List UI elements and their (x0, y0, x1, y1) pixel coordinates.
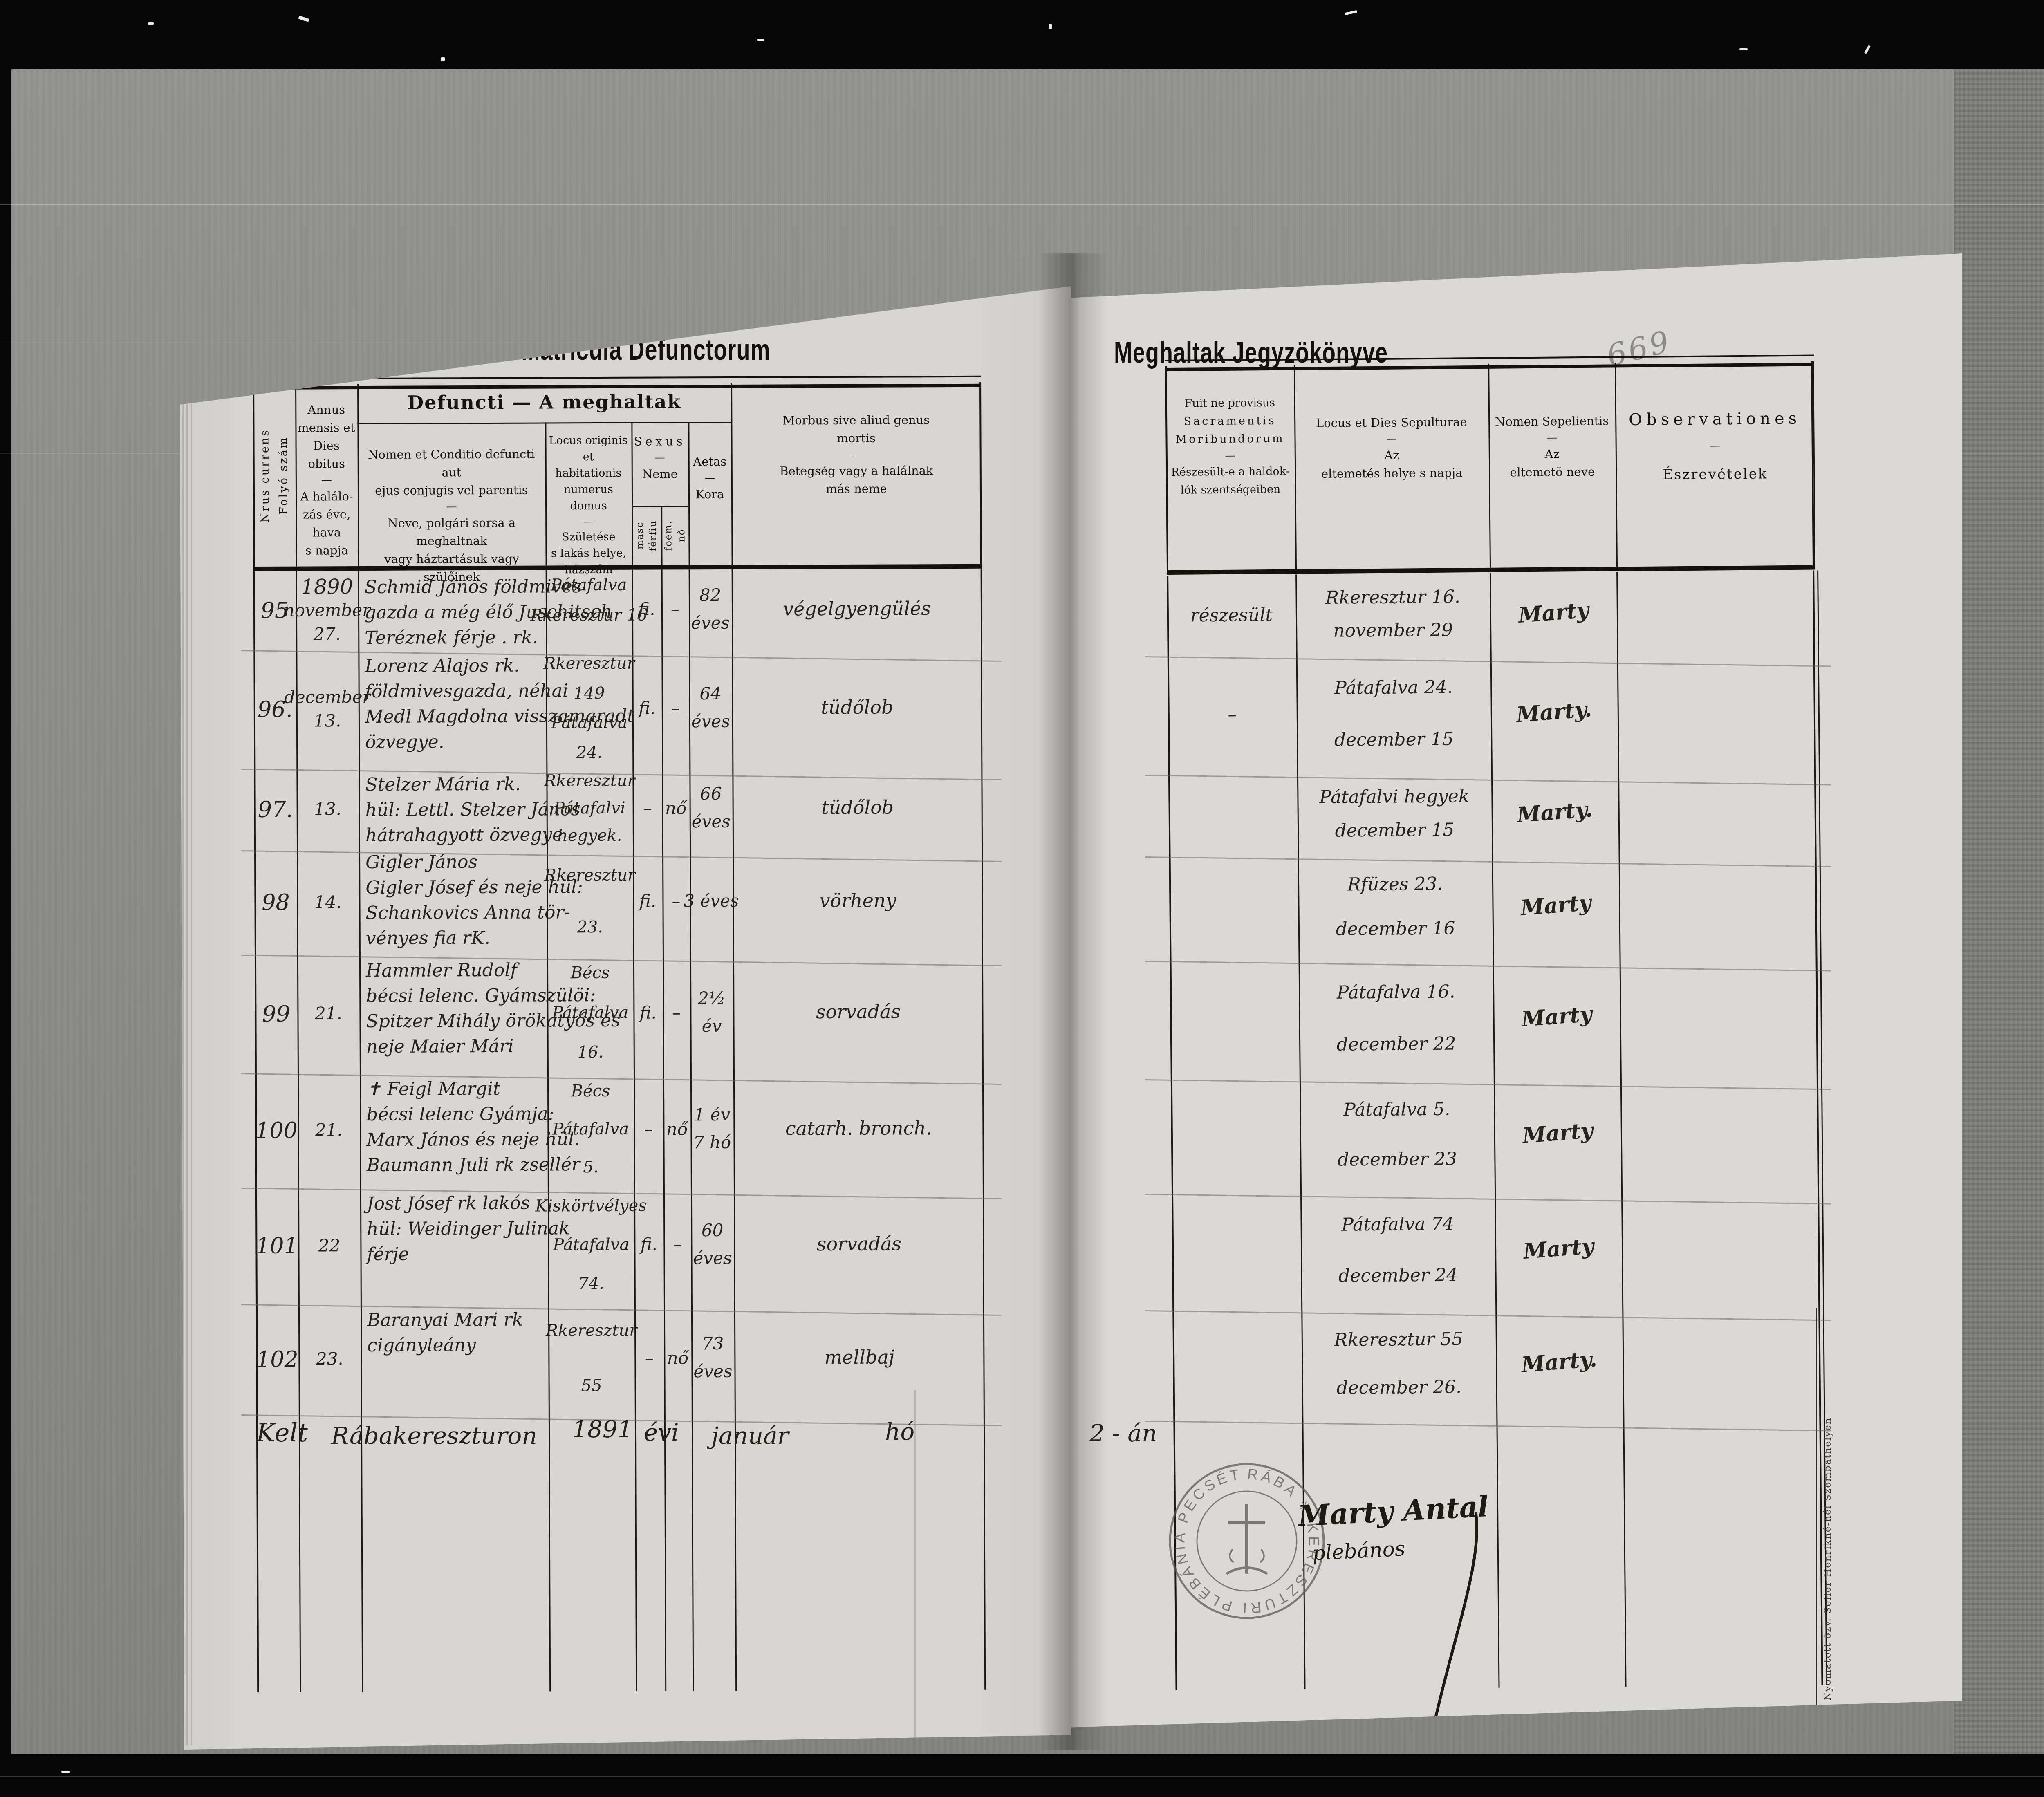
age-cell: 64 éves (689, 648, 732, 767)
hw-line: Marx János és neje hül. (366, 1127, 546, 1153)
hw-line: 64 (699, 684, 722, 704)
cause-of-death-cell: sorvadás (734, 1185, 984, 1302)
hw-line: Marty. (1515, 697, 1593, 728)
register-left-page: Matricula Defunctorum Nrus currens Folyó… (180, 286, 1071, 1750)
locus-cell: Rkeresztur 23. (547, 849, 633, 954)
hw-line: 23. (577, 916, 603, 938)
film-scratch (0, 204, 2044, 205)
sacraments-cell (1172, 1309, 1302, 1420)
name-cell: Schmid János földmives gazda a még élő J… (358, 570, 546, 650)
film-speckle (757, 39, 764, 41)
header-line: Betegség vagy a halálnak (731, 462, 982, 480)
row-number: 99 (255, 955, 298, 1073)
hw-line: 66 (700, 784, 722, 804)
name-cell: Gigler János Gigler Jósef és neje hül: S… (359, 849, 547, 954)
sex-female-cell: nő (662, 767, 690, 849)
footer-place: Rábakereszturon (331, 1422, 537, 1450)
death-date-cell: 21. (298, 1073, 360, 1188)
hw-line: bécsi lelenc Gyámja: (366, 1102, 546, 1128)
header-line: Aetas (688, 453, 731, 471)
left-table-rows: 95 1890 november 27. Schmid János földmi… (253, 569, 986, 1692)
table-row: Pátafalva 74 december 24 Marty (1172, 1188, 1821, 1310)
hw-line: 1 év (694, 1105, 730, 1125)
age-cell: 2½ év (690, 953, 733, 1071)
hw-line: Baranyai Mari rk (367, 1307, 547, 1333)
hw-line: 24. (576, 742, 603, 763)
locus-cell: Kiskörtvélyes Pátafalva 74. (548, 1186, 634, 1303)
header-line: lók szentségeiben (1166, 481, 1295, 500)
header-line: Nomen Sepelientis (1488, 412, 1615, 430)
hw-line: tüdőlob (821, 695, 893, 720)
sacraments-cell: részesült (1167, 575, 1296, 656)
burial-cell: Pátafalva 16. december 22 (1299, 958, 1494, 1078)
observations-cell (1617, 651, 1817, 771)
header-nrus-latin: Nrus currens (258, 428, 271, 522)
header-rule (688, 422, 690, 565)
hw-line: éves (691, 613, 730, 632)
cause-of-death-cell: sorvadás (733, 952, 984, 1071)
table-row: 95 1890 november 27. Schmid János földmi… (253, 569, 982, 650)
sex-female-cell: – (663, 1186, 691, 1302)
hw-line: földmivesgazda, néhai (365, 679, 545, 705)
hw-line: Schankovics Anna tör- (365, 900, 545, 926)
burying-priest-cell: Marty. (1490, 652, 1618, 772)
hw-line: 13. (314, 797, 341, 821)
film-speckle (1345, 10, 1358, 15)
imprint-rule (1816, 1308, 1820, 1741)
burial-cell: Rkeresztur 55 december 26. (1301, 1308, 1496, 1420)
sacraments-cell: – (1168, 655, 1297, 775)
footer-year: 1891 (572, 1415, 633, 1443)
hw-line: Pátafalva (553, 1234, 629, 1255)
table-row: Rfüzes 23. december 16 Marty (1169, 851, 1819, 960)
header-line: A halálo- (296, 487, 358, 506)
hw-line: 22 (318, 1234, 341, 1257)
hw-line: év (702, 1016, 722, 1036)
hw-line: 2½ (698, 988, 726, 1008)
death-date-cell: 23. (298, 1304, 361, 1414)
sacraments-cell (1170, 959, 1300, 1079)
burying-priest-cell: Marty (1494, 1076, 1621, 1191)
hw-line: vörheny (819, 887, 896, 913)
sacraments-cell (1171, 1078, 1300, 1193)
sacraments-cell (1168, 773, 1298, 856)
sex-male-cell: fi. (633, 953, 663, 1072)
sex-female-cell: – (661, 569, 689, 648)
row-number: 97. (254, 769, 297, 850)
table-row: 96. december 13. Lorenz Alajos rk. földm… (253, 648, 982, 769)
header-line: habitationis (545, 465, 632, 482)
observations-cell (1620, 955, 1820, 1076)
header-line: eltemetö neve (1489, 462, 1616, 481)
name-cell: Jost Jósef rk lakós hül: Weidinger Julin… (360, 1186, 548, 1304)
header-dash: — (688, 471, 731, 485)
hw-line: részesült (1190, 602, 1273, 628)
header-line: Nomen et Conditio defuncti aut (358, 445, 545, 482)
header-foem-latin: foem. (663, 520, 674, 551)
observations-cell (1622, 1305, 1822, 1417)
hw-line: bécsi lelenc. Gyámszülöi: (366, 983, 545, 1009)
header-line: Observationes (1615, 406, 1814, 432)
table-row: részesült Rkeresztur 16. november 29 Mar… (1167, 571, 1816, 656)
row-number: 102 (256, 1304, 299, 1414)
header-nrus: Nrus currens Folyó szám (253, 385, 296, 567)
header-line: numerus domus (545, 482, 632, 515)
hw-line: özvegye. (365, 729, 545, 755)
header-line: Dies (296, 437, 358, 455)
burying-priest-cell: Marty (1490, 572, 1617, 653)
hw-line: november 29 (1333, 617, 1453, 643)
locus-cell: Bécs Pátafalva 5. (547, 1072, 634, 1187)
stamp-cross-icon (1226, 1504, 1267, 1574)
hw-line: 1890 (301, 575, 353, 598)
sex-male-cell: – (632, 767, 662, 849)
table-row: 99 21. Hammler Rudolf bécsi lelenc. Gyám… (255, 952, 984, 1073)
table-row: 102 23. Baranyai Mari rk cigányleány Rke… (256, 1302, 985, 1414)
film-scratch (0, 1776, 2044, 1777)
hw-line: 13. (314, 709, 341, 733)
header-observationes: Observationes — Észrevételek (1615, 406, 1815, 490)
hw-line: Kiskörtvélyes (535, 1195, 647, 1217)
hw-line: hül: Weidinger Julinak (367, 1216, 546, 1242)
left-table: Nrus currens Folyó szám Annus mensis et … (253, 376, 986, 1692)
hw-line: hül: Lettl. Stelzer János (365, 797, 545, 823)
sex-male-cell: fi. (632, 649, 662, 767)
hw-line: Spitzer Mihály örökatyós és (366, 1008, 545, 1035)
age-cell: 3 éves (690, 849, 733, 953)
header-line: Morbus sive aliud genus (731, 411, 981, 430)
name-cell: ✝ Feigl Margit bécsi lelenc Gyámja: Marx… (360, 1072, 548, 1187)
hw-line: 74. (578, 1273, 604, 1294)
hw-line: 7 hó (693, 1133, 731, 1152)
hw-line: Pátafalvi hegyek (1319, 784, 1470, 810)
header-dash: — (358, 499, 545, 515)
hw-line: december 15 (1335, 817, 1454, 843)
header-foem: foem. nő (661, 506, 689, 565)
hw-line: catarh. bronch. (785, 1115, 932, 1141)
header-line: s napja (296, 541, 358, 560)
header-line: s lakás helye, (545, 545, 632, 562)
row-number: 98 (254, 850, 297, 955)
header-masc: masc férfiu (632, 506, 661, 565)
film-speckle (148, 22, 154, 25)
hw-line: éves (692, 812, 731, 831)
hw-line: mellbaj (825, 1344, 895, 1370)
hw-line: Marty (1521, 1118, 1594, 1149)
observations-cell (1619, 851, 1819, 957)
cause-of-death-cell: catarh. bronch. (733, 1071, 984, 1186)
hw-line: Pátafalvi (554, 798, 625, 819)
header-masc-hu: férfiu (648, 520, 658, 551)
header-dash: — (1166, 448, 1295, 464)
footer-ho: hó (885, 1418, 914, 1445)
hw-line: 16. (577, 1042, 603, 1063)
sex-female-cell: nő (663, 1071, 691, 1186)
hw-line: Pátafalva 24. (1334, 674, 1453, 701)
death-date-cell: 22 (298, 1187, 361, 1304)
header-morbus: Morbus sive aliud genus mortis — Betegsé… (731, 411, 982, 498)
death-date-cell: 21. (297, 954, 360, 1073)
death-date-cell: 1890 november 27. (296, 571, 359, 650)
table-row: 97. 13. Stelzer Mária rk. hül: Lettl. St… (254, 766, 983, 850)
burying-priest-cell: Marty. (1491, 771, 1619, 854)
hw-line: december 26. (1336, 1374, 1461, 1400)
observations-cell (1621, 1188, 1821, 1306)
header-nrus-hu: Folyó szám (277, 436, 290, 515)
hw-line: – (1228, 702, 1237, 728)
hw-line: Pátafalva (551, 712, 628, 734)
hw-line: Pátafalva 74 (1341, 1212, 1454, 1238)
header-line: Sexus (631, 432, 688, 450)
hw-line: Hammler Rudolf (366, 958, 545, 984)
header-line: Részesült-e a haldok- (1166, 463, 1295, 482)
hw-line: hegyek. (557, 825, 622, 846)
burying-priest-cell: Marty (1495, 1190, 1622, 1307)
header-rule (1811, 361, 1815, 565)
hw-line: 23. (316, 1347, 343, 1371)
locus-cell: Rkeresztur 55 (548, 1303, 635, 1414)
hw-line: sorvadás (816, 999, 901, 1024)
hw-line: Marty. (1516, 797, 1594, 828)
burying-priest-cell: Marty (1493, 957, 1620, 1076)
table-row: 101 22 Jost Jósef rk lakós hül: Weidinge… (255, 1185, 984, 1304)
locus-cell: Rkeresztur 149 Pátafalva 24. (546, 649, 632, 768)
hw-line: Pátafalva 5. (1343, 1097, 1450, 1123)
name-cell: Hammler Rudolf bécsi lelenc. Gyámszülöi:… (359, 953, 547, 1073)
header-line: Moribundorum (1165, 430, 1294, 449)
hw-line: Rkeresztur (546, 1320, 637, 1341)
cause-of-death-cell: tüdőlob (732, 648, 982, 767)
header-dash: — (1615, 431, 1815, 461)
header-line: zás éve, (296, 505, 358, 524)
sex-female-cell: – (661, 648, 689, 767)
hw-line: 149 (574, 683, 605, 704)
group-underline (357, 422, 731, 424)
sex-male-cell: fi. (632, 570, 662, 649)
header-rule (661, 506, 663, 565)
header-line: mensis et (295, 419, 357, 437)
header-sepulturae: Locus et Dies Sepulturae — Az eltemetés … (1294, 413, 1489, 483)
age-cell: 73 éves (691, 1302, 735, 1413)
header-foem-hu: nő (676, 529, 687, 542)
age-cell: 1 év 7 hó (690, 1071, 734, 1186)
header-line: Az (1295, 446, 1489, 465)
header-line: Kora (688, 485, 731, 503)
sacraments-cell (1169, 855, 1299, 960)
hw-line: neje Maier Mári (366, 1034, 546, 1060)
header-line: Az (1489, 444, 1616, 463)
sex-male-cell: – (634, 1072, 663, 1186)
locus-cell: Pátafalva Rkeresztur 16 (546, 570, 632, 649)
header-line: eltemetés helye s napja (1295, 464, 1489, 483)
hw-line: férje (367, 1241, 546, 1268)
film-speckle (61, 1771, 70, 1773)
header-sepeliens: Nomen Sepelientis — Az eltemetö neve (1488, 412, 1616, 481)
hw-line: Pátafalva (552, 1002, 628, 1024)
locus-cell: Bécs Pátafalva 16. (547, 953, 634, 1072)
sex-male-cell: fi. (633, 849, 663, 953)
hw-line: Teréznek férje . rk. (365, 625, 544, 651)
hw-line: Rkeresztur 16. (1325, 585, 1460, 611)
book-cloth-edge (1954, 69, 2044, 1754)
row-number: 101 (255, 1188, 298, 1304)
hw-line: 21. (315, 1002, 342, 1025)
printer-imprint: Nyomatott özv. Seiler Henrikné-nél Szomb… (1822, 1341, 1833, 1701)
name-cell: Lorenz Alajos rk. földmivesgazda, néhai … (358, 649, 546, 769)
hw-line: tüdőlob (821, 795, 894, 820)
footer-kelt: Kelt (256, 1418, 308, 1447)
hw-line: 21. (315, 1118, 343, 1142)
header-dash: — (545, 514, 632, 529)
row-number: 100 (255, 1073, 298, 1188)
hw-line: Baumann Juli rk zsellér (367, 1152, 546, 1179)
burial-cell: Rfüzes 23. december 16 (1298, 854, 1493, 960)
cause-of-death-cell: végelgyengülés (732, 569, 982, 648)
table-row: Pátafalva 16. december 22 Marty (1170, 955, 1820, 1079)
header-defuncti-group: Defuncti — A meghaltak (357, 383, 731, 414)
stamp-text: RÁBA ✳ KERESZTURI PLÉBÁNIA PECSÉTJE ✳ (1161, 1455, 1322, 1617)
right-table-header: Fuit ne provisus Sacramentis Moribundoru… (1165, 361, 1815, 570)
hw-line: Medl Magdolna visszamaradt (365, 704, 545, 730)
header-dash: — (1294, 431, 1488, 447)
hw-line: december (284, 685, 371, 709)
hw-line: Rfüzes 23. (1347, 871, 1443, 897)
hw-line: Rkeresztur 16 (530, 605, 648, 626)
burial-cell: Pátafalva 24. december 15 (1296, 654, 1491, 774)
header-sacraments: Fuit ne provisus Sacramentis Moribundoru… (1165, 394, 1295, 500)
film-scan: { "colors":{"paper":"#d7d6d2","ink":"#17… (0, 0, 2044, 1797)
sex-female-cell: – (663, 953, 690, 1071)
header-dash: — (296, 473, 358, 488)
hw-line: Marty (1520, 890, 1592, 921)
hw-line: éves (693, 1362, 732, 1381)
hw-line: sorvadás (817, 1231, 901, 1257)
hw-line: Gigler Jósef és neje hül: (365, 875, 545, 901)
name-cell: Baranyai Mari rk cigányleány (361, 1303, 549, 1414)
hw-line: Bécs (571, 1080, 610, 1102)
hw-line: éves (691, 712, 730, 731)
table-row: – Pátafalva 24. december 15 Marty. (1168, 651, 1817, 775)
burying-priest-cell: Marty (1492, 853, 1620, 958)
hw-line: Pátafalva 16. (1337, 979, 1455, 1005)
hw-line: 55 (581, 1375, 602, 1396)
hw-line: ✝ Feigl Margit (366, 1076, 546, 1102)
death-date-cell: 14. (297, 850, 359, 955)
sex-male-cell: fi. (634, 1186, 664, 1303)
header-line: ejus conjugis vel parentis (358, 481, 545, 500)
hw-line: Marty (1522, 1233, 1595, 1264)
hw-line: december 23 (1338, 1146, 1457, 1172)
hw-line: 73 (702, 1334, 724, 1353)
hw-line: Lorenz Alajos rk. (365, 653, 544, 679)
header-dash: — (1488, 430, 1615, 445)
header-sexus: Sexus — Neme (631, 432, 688, 483)
hw-line: 3 éves (684, 891, 739, 910)
film-speckle (1739, 48, 1748, 50)
hw-line: november (284, 598, 371, 622)
left-table-header: Nrus currens Folyó szám Annus mensis et … (253, 382, 982, 567)
hw-line: 5. (583, 1156, 598, 1178)
hw-line: cigányleány (367, 1333, 547, 1359)
burying-priest-cell: Marty. (1495, 1306, 1623, 1418)
header-line: más neme (731, 479, 982, 498)
hw-line: 14. (314, 890, 342, 914)
footer-day: 2 - án (1089, 1419, 1157, 1447)
register-right-page: Meghaltak Jegyzökönyve 669 Fuit ne provi… (1071, 253, 1962, 1733)
burial-cell: Pátafalva 74 december 24 (1300, 1191, 1495, 1309)
sex-female-cell: nő (664, 1302, 692, 1413)
hw-line: Marty. (1521, 1347, 1598, 1378)
header-line: Sacramentis (1165, 412, 1294, 431)
table-row: Pátafalva 5. december 23 Marty (1171, 1074, 1820, 1193)
sex-male-cell: – (634, 1303, 664, 1413)
hw-line: december 16 (1336, 916, 1455, 942)
death-date-cell: december 13. (296, 650, 359, 769)
age-cell: 66 éves (689, 767, 733, 849)
hw-line: december 24 (1338, 1262, 1458, 1288)
hw-line: Pátafalva (552, 1118, 629, 1140)
film-speckle (298, 16, 309, 22)
hw-line: vényes fia rK. (366, 925, 545, 952)
header-masc-latin: masc (634, 522, 645, 549)
locus-cell: Rkeresztur Pátafalvi hegyek. (546, 767, 633, 849)
hw-line: Marty (1520, 1002, 1593, 1032)
name-cell: Stelzer Mária rk. hül: Lettl. Stelzer Já… (359, 767, 547, 850)
header-line: Születése (545, 529, 632, 546)
age-cell: 60 éves (691, 1186, 734, 1302)
header-line: Locus et Dies Sepulturae (1294, 413, 1488, 432)
header-nomen: Nomen et Conditio defuncti aut ejus conj… (358, 445, 546, 587)
hw-line: 27. (314, 622, 341, 646)
burial-cell: Pátafalva 5. december 23 (1300, 1077, 1495, 1193)
row-number: 96. (253, 650, 296, 769)
hw-line: Rkeresztur (544, 864, 636, 886)
hw-line: Bécs (570, 962, 610, 984)
observations-cell (1616, 571, 1816, 653)
parish-stamp: RÁBA ✳ KERESZTURI PLÉBÁNIA PECSÉTJE ✳ (1161, 1455, 1333, 1627)
footer-month: január (711, 1422, 789, 1450)
header-dash: — (632, 450, 688, 465)
burial-cell: Pátafalvi hegyek december 15 (1297, 772, 1492, 856)
hw-line: éves (693, 1248, 732, 1268)
film-speckle (1864, 45, 1871, 54)
hw-line: december 22 (1337, 1031, 1456, 1057)
sacraments-cell (1172, 1192, 1301, 1310)
cause-of-death-cell: vörheny (733, 848, 983, 953)
header-locus: Locus originis et habitationis numerus d… (545, 432, 632, 578)
header-rule (979, 382, 982, 564)
header-annus: Annus mensis et Dies obitus — A halálo- … (295, 401, 358, 560)
observations-cell (1620, 1074, 1820, 1190)
header-line: Locus originis et (545, 432, 631, 466)
hw-line: 82 (699, 585, 722, 605)
header-line: Észrevételek (1616, 459, 1815, 490)
hw-line: Stelzer Mária rk. (365, 772, 545, 798)
table-row: Rkeresztur 55 december 26. Marty. (1172, 1305, 1822, 1420)
header-line: hava (296, 523, 358, 542)
hw-line: Jost Jósef rk lakós (367, 1191, 546, 1217)
table-row: 98 14. Gigler János Gigler Jósef és neje… (254, 848, 983, 955)
header-line: Neme (632, 465, 688, 483)
hw-line: december 15 (1334, 726, 1454, 753)
hw-line: gazda a még élő Juschitsch (365, 600, 544, 626)
hw-line: Rkeresztur 55 (1334, 1326, 1463, 1353)
burial-cell: Rkeresztur 16. november 29 (1295, 573, 1490, 655)
header-dash: — (731, 447, 982, 462)
table-row: 100 21. ✝ Feigl Margit bécsi lelenc Gyám… (255, 1071, 984, 1188)
hw-line: Schmid János földmives (365, 574, 544, 600)
death-date-cell: 13. (296, 768, 359, 850)
